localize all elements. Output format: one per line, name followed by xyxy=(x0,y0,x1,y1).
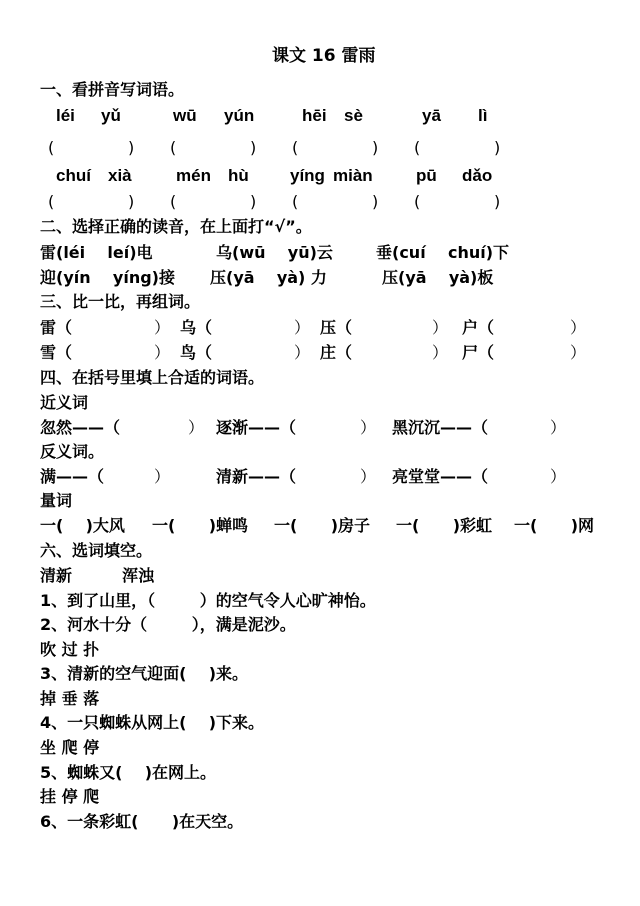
pinyin-2a: wū xyxy=(173,106,197,126)
answer-box-close: ) xyxy=(250,192,256,212)
section-3-heading: 三、比一比，再组词。 xyxy=(40,292,200,312)
synonym-close: ） xyxy=(360,418,376,438)
synonym-item: 忽然——（ xyxy=(40,418,120,438)
answer-box-open: ( xyxy=(414,138,420,158)
compare-close: ） xyxy=(154,343,170,363)
word-choices: 吹 过 扑 xyxy=(40,640,99,660)
compare-item: 乌（ xyxy=(180,318,212,338)
pronunciation-item: 压(yā yà)板 xyxy=(382,268,493,288)
measure-item: 一( )房子 xyxy=(274,516,370,536)
pinyin-3a: hēi xyxy=(302,106,327,126)
synonym-item: 逐渐——（ xyxy=(216,418,296,438)
pinyin-3b: sè xyxy=(344,106,363,126)
compare-close: ） xyxy=(570,318,586,338)
word-choices: 清新 浑浊 xyxy=(40,566,154,586)
measure-item: 一( )大风 xyxy=(40,516,125,536)
compare-close: ） xyxy=(294,318,310,338)
answer-box-close: ) xyxy=(128,192,134,212)
page-title: 课文 16 雷雨 xyxy=(272,46,376,66)
synonyms-label: 近义词 xyxy=(40,393,88,413)
answer-box-open: ( xyxy=(414,192,420,212)
antonym-item: 满——（ xyxy=(40,467,104,487)
synonym-close: ） xyxy=(188,418,204,438)
answer-box-close: ) xyxy=(494,138,500,158)
pinyin-1a: léi xyxy=(56,106,75,126)
compare-close: ） xyxy=(294,343,310,363)
answer-box-open: ( xyxy=(170,192,176,212)
antonym-item: 清新——（ xyxy=(216,467,296,487)
word-choices: 掉 垂 落 xyxy=(40,689,99,709)
question-6: 6、一条彩虹( )在天空。 xyxy=(40,812,243,832)
pronunciation-item: 雷(léi leí)电 xyxy=(40,243,153,263)
measure-item: 一( )彩虹 xyxy=(396,516,492,536)
answer-box-open: ( xyxy=(48,192,54,212)
answer-box-close: ) xyxy=(372,192,378,212)
compare-item: 户（ xyxy=(462,318,494,338)
compare-close: ） xyxy=(432,318,448,338)
antonym-close: ） xyxy=(360,467,376,487)
pinyin-5b: xià xyxy=(108,166,132,186)
word-choices: 挂 停 爬 xyxy=(40,787,99,807)
pronunciation-item: 压(yā yà) 力 xyxy=(210,268,327,288)
pronunciation-item: 乌(wū yū)云 xyxy=(216,243,333,263)
question-2: 2、河水十分（ ），满是泥沙。 xyxy=(40,615,296,635)
pinyin-4a: yā xyxy=(422,106,441,126)
antonym-close: ） xyxy=(154,467,170,487)
section-1-heading: 一、看拼音写词语。 xyxy=(40,80,184,100)
answer-box-close: ) xyxy=(372,138,378,158)
answer-box-open: ( xyxy=(170,138,176,158)
compare-item: 尸（ xyxy=(462,343,494,363)
pinyin-8a: pū xyxy=(416,166,437,186)
compare-close: ） xyxy=(432,343,448,363)
pinyin-5a: chuí xyxy=(56,166,91,186)
answer-box-open: ( xyxy=(48,138,54,158)
answer-box-close: ) xyxy=(128,138,134,158)
compare-item: 压（ xyxy=(320,318,352,338)
compare-item: 庄（ xyxy=(320,343,352,363)
compare-close: ） xyxy=(154,318,170,338)
synonym-item: 黑沉沉——（ xyxy=(392,418,488,438)
pinyin-4b: lì xyxy=(478,106,487,126)
answer-box-close: ) xyxy=(250,138,256,158)
pinyin-7b: miàn xyxy=(333,166,373,186)
pronunciation-item: 垂(cuí chuí)下 xyxy=(376,243,509,263)
antonym-item: 亮堂堂——（ xyxy=(392,467,488,487)
answer-box-open: ( xyxy=(292,138,298,158)
pronunciation-item: 迎(yín yíng)接 xyxy=(40,268,175,288)
antonym-close: ） xyxy=(550,467,566,487)
pinyin-1b: yǔ xyxy=(101,106,121,126)
pinyin-6b: hù xyxy=(228,166,249,186)
question-4: 4、一只蜘蛛从网上( )下来。 xyxy=(40,713,264,733)
antonyms-label: 反义词。 xyxy=(40,442,104,462)
measure-label: 量词 xyxy=(40,491,72,511)
pinyin-2b: yún xyxy=(224,106,254,126)
question-1: 1、到了山里，（ ）的空气令人心旷神怡。 xyxy=(40,591,376,611)
answer-box-open: ( xyxy=(292,192,298,212)
question-3: 3、清新的空气迎面( )来。 xyxy=(40,664,248,684)
measure-item: 一( )网 xyxy=(514,516,594,536)
compare-item: 雪（ xyxy=(40,343,72,363)
question-5: 5、蜘蛛又( )在网上。 xyxy=(40,763,216,783)
pinyin-6a: mén xyxy=(176,166,211,186)
compare-close: ） xyxy=(570,343,586,363)
compare-item: 鸟（ xyxy=(180,343,212,363)
synonym-close: ） xyxy=(550,418,566,438)
measure-item: 一( )蝉鸣 xyxy=(152,516,248,536)
word-choices: 坐 爬 停 xyxy=(40,738,99,758)
pinyin-8b: dǎo xyxy=(462,166,492,186)
section-2-heading: 二、选择正确的读音，在上面打“√”。 xyxy=(40,217,312,237)
compare-item: 雷（ xyxy=(40,318,72,338)
pinyin-7a: yíng xyxy=(290,166,325,186)
section-6-heading: 六、选词填空。 xyxy=(40,541,152,561)
section-4-heading: 四、在括号里填上合适的词语。 xyxy=(40,368,264,388)
answer-box-close: ) xyxy=(494,192,500,212)
